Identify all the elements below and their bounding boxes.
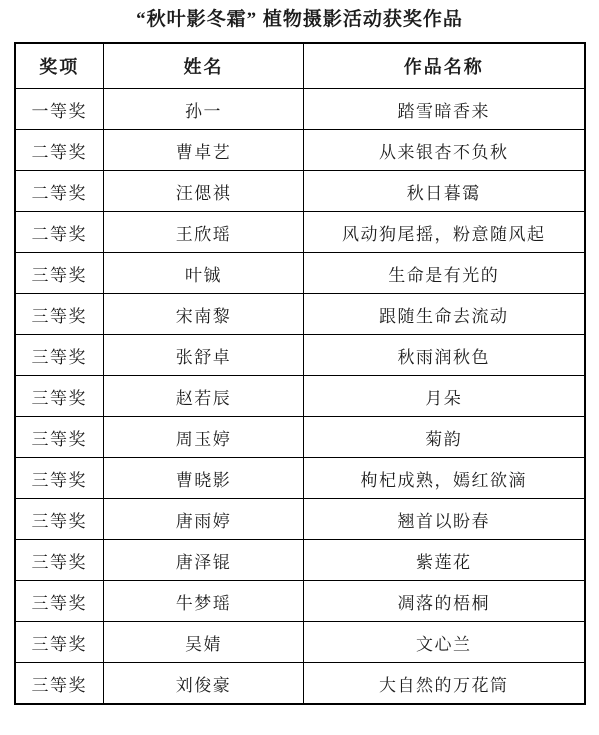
table-row: 二等奖汪偲祺秋日暮霭 bbox=[15, 171, 585, 212]
cell-award: 三等奖 bbox=[15, 663, 104, 705]
table-row: 二等奖曹卓艺从来银杏不负秋 bbox=[15, 130, 585, 171]
page-title: “秋叶影冬霜” 植物摄影活动获奖作品 bbox=[0, 6, 599, 36]
cell-work-title: 风动狗尾摇，粉意随风起 bbox=[304, 212, 585, 253]
cell-name: 唐泽锟 bbox=[104, 540, 304, 581]
cell-award: 三等奖 bbox=[15, 581, 104, 622]
cell-work-title: 翘首以盼春 bbox=[304, 499, 585, 540]
cell-award: 三等奖 bbox=[15, 622, 104, 663]
table-row: 三等奖宋南黎跟随生命去流动 bbox=[15, 294, 585, 335]
table-row: 三等奖叶铖生命是有光的 bbox=[15, 253, 585, 294]
table-row: 三等奖刘俊豪大自然的万花筒 bbox=[15, 663, 585, 705]
cell-name: 张舒卓 bbox=[104, 335, 304, 376]
cell-name: 汪偲祺 bbox=[104, 171, 304, 212]
cell-name: 叶铖 bbox=[104, 253, 304, 294]
cell-award: 二等奖 bbox=[15, 212, 104, 253]
table-row: 三等奖唐雨婷翘首以盼春 bbox=[15, 499, 585, 540]
table-row: 二等奖王欣瑶风动狗尾摇，粉意随风起 bbox=[15, 212, 585, 253]
cell-award: 三等奖 bbox=[15, 540, 104, 581]
cell-award: 一等奖 bbox=[15, 89, 104, 130]
document-page: “秋叶影冬霜” 植物摄影活动获奖作品 奖项 姓名 作品名称 一等奖孙一踏雪暗香来… bbox=[0, 0, 599, 735]
table-row: 一等奖孙一踏雪暗香来 bbox=[15, 89, 585, 130]
cell-name: 孙一 bbox=[104, 89, 304, 130]
cell-name: 宋南黎 bbox=[104, 294, 304, 335]
table-row: 三等奖吴婧文心兰 bbox=[15, 622, 585, 663]
cell-work-title: 大自然的万花筒 bbox=[304, 663, 585, 705]
table-row: 三等奖曹晓影枸杞成熟，嫣红欲滴 bbox=[15, 458, 585, 499]
cell-work-title: 文心兰 bbox=[304, 622, 585, 663]
table-row: 三等奖唐泽锟紫莲花 bbox=[15, 540, 585, 581]
cell-work-title: 凋落的梧桐 bbox=[304, 581, 585, 622]
cell-award: 三等奖 bbox=[15, 499, 104, 540]
table-row: 三等奖赵若辰月朵 bbox=[15, 376, 585, 417]
cell-name: 唐雨婷 bbox=[104, 499, 304, 540]
cell-award: 三等奖 bbox=[15, 335, 104, 376]
cell-award: 二等奖 bbox=[15, 171, 104, 212]
cell-name: 曹卓艺 bbox=[104, 130, 304, 171]
cell-name: 吴婧 bbox=[104, 622, 304, 663]
cell-name: 王欣瑶 bbox=[104, 212, 304, 253]
cell-award: 三等奖 bbox=[15, 376, 104, 417]
cell-award: 三等奖 bbox=[15, 417, 104, 458]
cell-name: 牛梦瑶 bbox=[104, 581, 304, 622]
cell-name: 赵若辰 bbox=[104, 376, 304, 417]
cell-work-title: 枸杞成熟，嫣红欲滴 bbox=[304, 458, 585, 499]
cell-award: 三等奖 bbox=[15, 253, 104, 294]
table-row: 三等奖牛梦瑶凋落的梧桐 bbox=[15, 581, 585, 622]
cell-award: 三等奖 bbox=[15, 458, 104, 499]
cell-name: 刘俊豪 bbox=[104, 663, 304, 705]
table-row: 三等奖周玉婷菊韵 bbox=[15, 417, 585, 458]
cell-work-title: 从来银杏不负秋 bbox=[304, 130, 585, 171]
cell-name: 曹晓影 bbox=[104, 458, 304, 499]
table-body: 一等奖孙一踏雪暗香来二等奖曹卓艺从来银杏不负秋二等奖汪偲祺秋日暮霭二等奖王欣瑶风… bbox=[15, 89, 585, 705]
cell-work-title: 跟随生命去流动 bbox=[304, 294, 585, 335]
cell-award: 三等奖 bbox=[15, 294, 104, 335]
cell-work-title: 生命是有光的 bbox=[304, 253, 585, 294]
header-work-title: 作品名称 bbox=[304, 43, 585, 89]
cell-work-title: 踏雪暗香来 bbox=[304, 89, 585, 130]
cell-work-title: 菊韵 bbox=[304, 417, 585, 458]
header-row: 奖项 姓名 作品名称 bbox=[15, 43, 585, 89]
awards-table: 奖项 姓名 作品名称 一等奖孙一踏雪暗香来二等奖曹卓艺从来银杏不负秋二等奖汪偲祺… bbox=[14, 42, 586, 705]
header-award: 奖项 bbox=[15, 43, 104, 89]
table-row: 三等奖张舒卓秋雨润秋色 bbox=[15, 335, 585, 376]
cell-work-title: 紫莲花 bbox=[304, 540, 585, 581]
cell-work-title: 秋日暮霭 bbox=[304, 171, 585, 212]
cell-work-title: 月朵 bbox=[304, 376, 585, 417]
cell-award: 二等奖 bbox=[15, 130, 104, 171]
cell-work-title: 秋雨润秋色 bbox=[304, 335, 585, 376]
header-name: 姓名 bbox=[104, 43, 304, 89]
cell-name: 周玉婷 bbox=[104, 417, 304, 458]
